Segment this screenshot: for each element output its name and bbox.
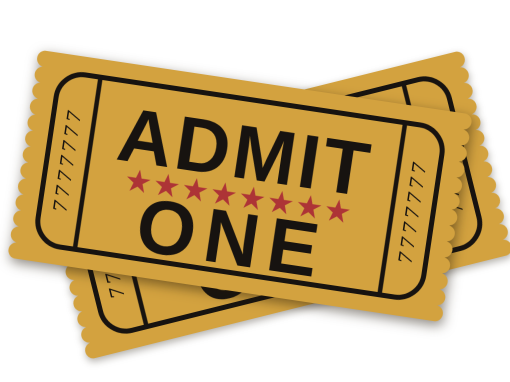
ticket-illustration: 7777777 7777777 ADMIT ★★★★★★★★ ONE 77777…: [0, 0, 510, 382]
tickets-graphic: 7777777 7777777 ADMIT ★★★★★★★★ ONE 77777…: [0, 0, 510, 382]
